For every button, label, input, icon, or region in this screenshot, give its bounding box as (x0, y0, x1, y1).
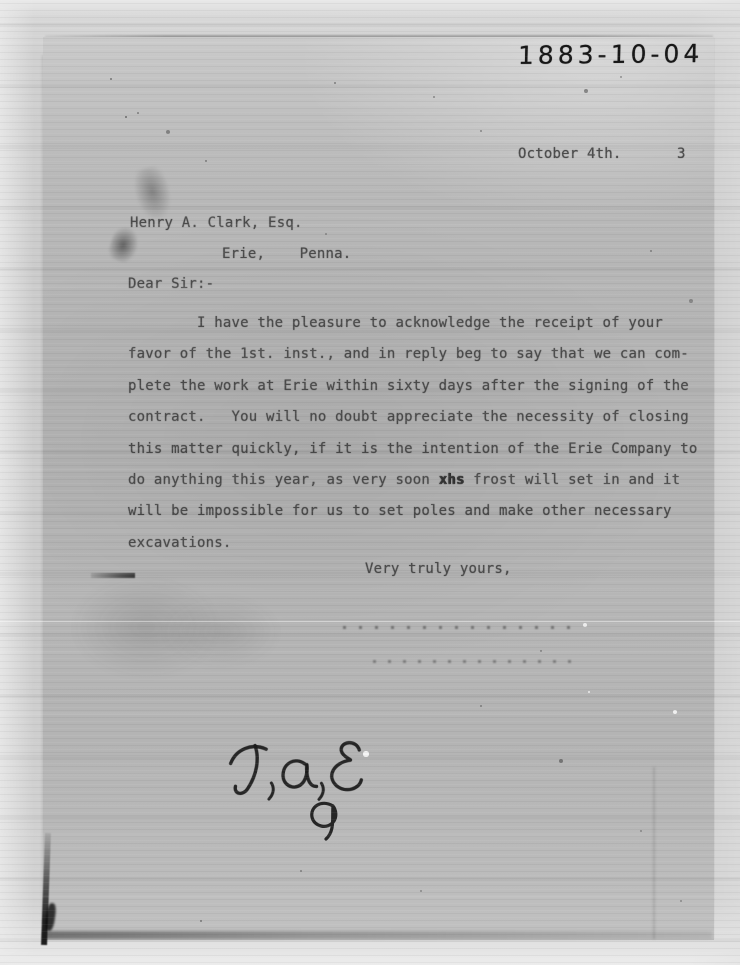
paper-bottom-edge (43, 931, 712, 939)
erased-text-traces (373, 660, 573, 663)
body-line: this matter quickly, if it is the intent… (128, 434, 688, 465)
closing: Very truly yours, (365, 561, 512, 577)
erased-text-traces (343, 626, 575, 629)
body-line: excavations. (128, 528, 688, 559)
handwritten-number (306, 799, 342, 843)
scanned-letter-page: 1883-10-04 October 4th. 3 Henry A. Clark… (0, 0, 740, 965)
handwritten-initials (224, 734, 376, 809)
body-line: plete the work at Erie within sixty days… (128, 371, 688, 402)
scan-specks (43, 37, 45, 39)
letter-body: I have the pleasure to acknowledge the r… (128, 308, 688, 559)
letter-paper: 1883-10-04 October 4th. 3 Henry A. Clark… (43, 37, 714, 940)
page-number: 3 (677, 146, 686, 162)
paper-crease-mark (44, 903, 57, 932)
recipient-location: Erie, Penna. (222, 246, 351, 262)
body-line: will be impossible for us to set poles a… (128, 496, 688, 527)
faded-smudge (71, 575, 221, 679)
body-line: do anything this year, as very soon xhs … (128, 465, 688, 496)
faded-smudge (161, 595, 281, 669)
strikeout-text: xhs (439, 472, 465, 488)
body-line: favor of the 1st. inst., and in reply be… (128, 339, 688, 370)
paper-crease (41, 833, 51, 945)
body-line: I have the pleasure to acknowledge the r… (128, 308, 688, 339)
body-line-text: do anything this year, as very soon (128, 472, 439, 488)
salutation: Dear Sir:- (128, 276, 214, 292)
letter-date: October 4th. (518, 146, 622, 162)
scan-white-specks (43, 37, 45, 39)
body-line: contract. You will no doubt appreciate t… (128, 402, 688, 433)
handwritten-archive-date: 1883-10-04 (518, 39, 704, 70)
body-line-text: frost will set in and it (465, 472, 681, 488)
scanner-line-artifact (0, 621, 740, 622)
recipient-name: Henry A. Clark, Esq. (130, 215, 303, 231)
ink-mark (91, 573, 135, 578)
faint-fold-line (653, 767, 655, 939)
